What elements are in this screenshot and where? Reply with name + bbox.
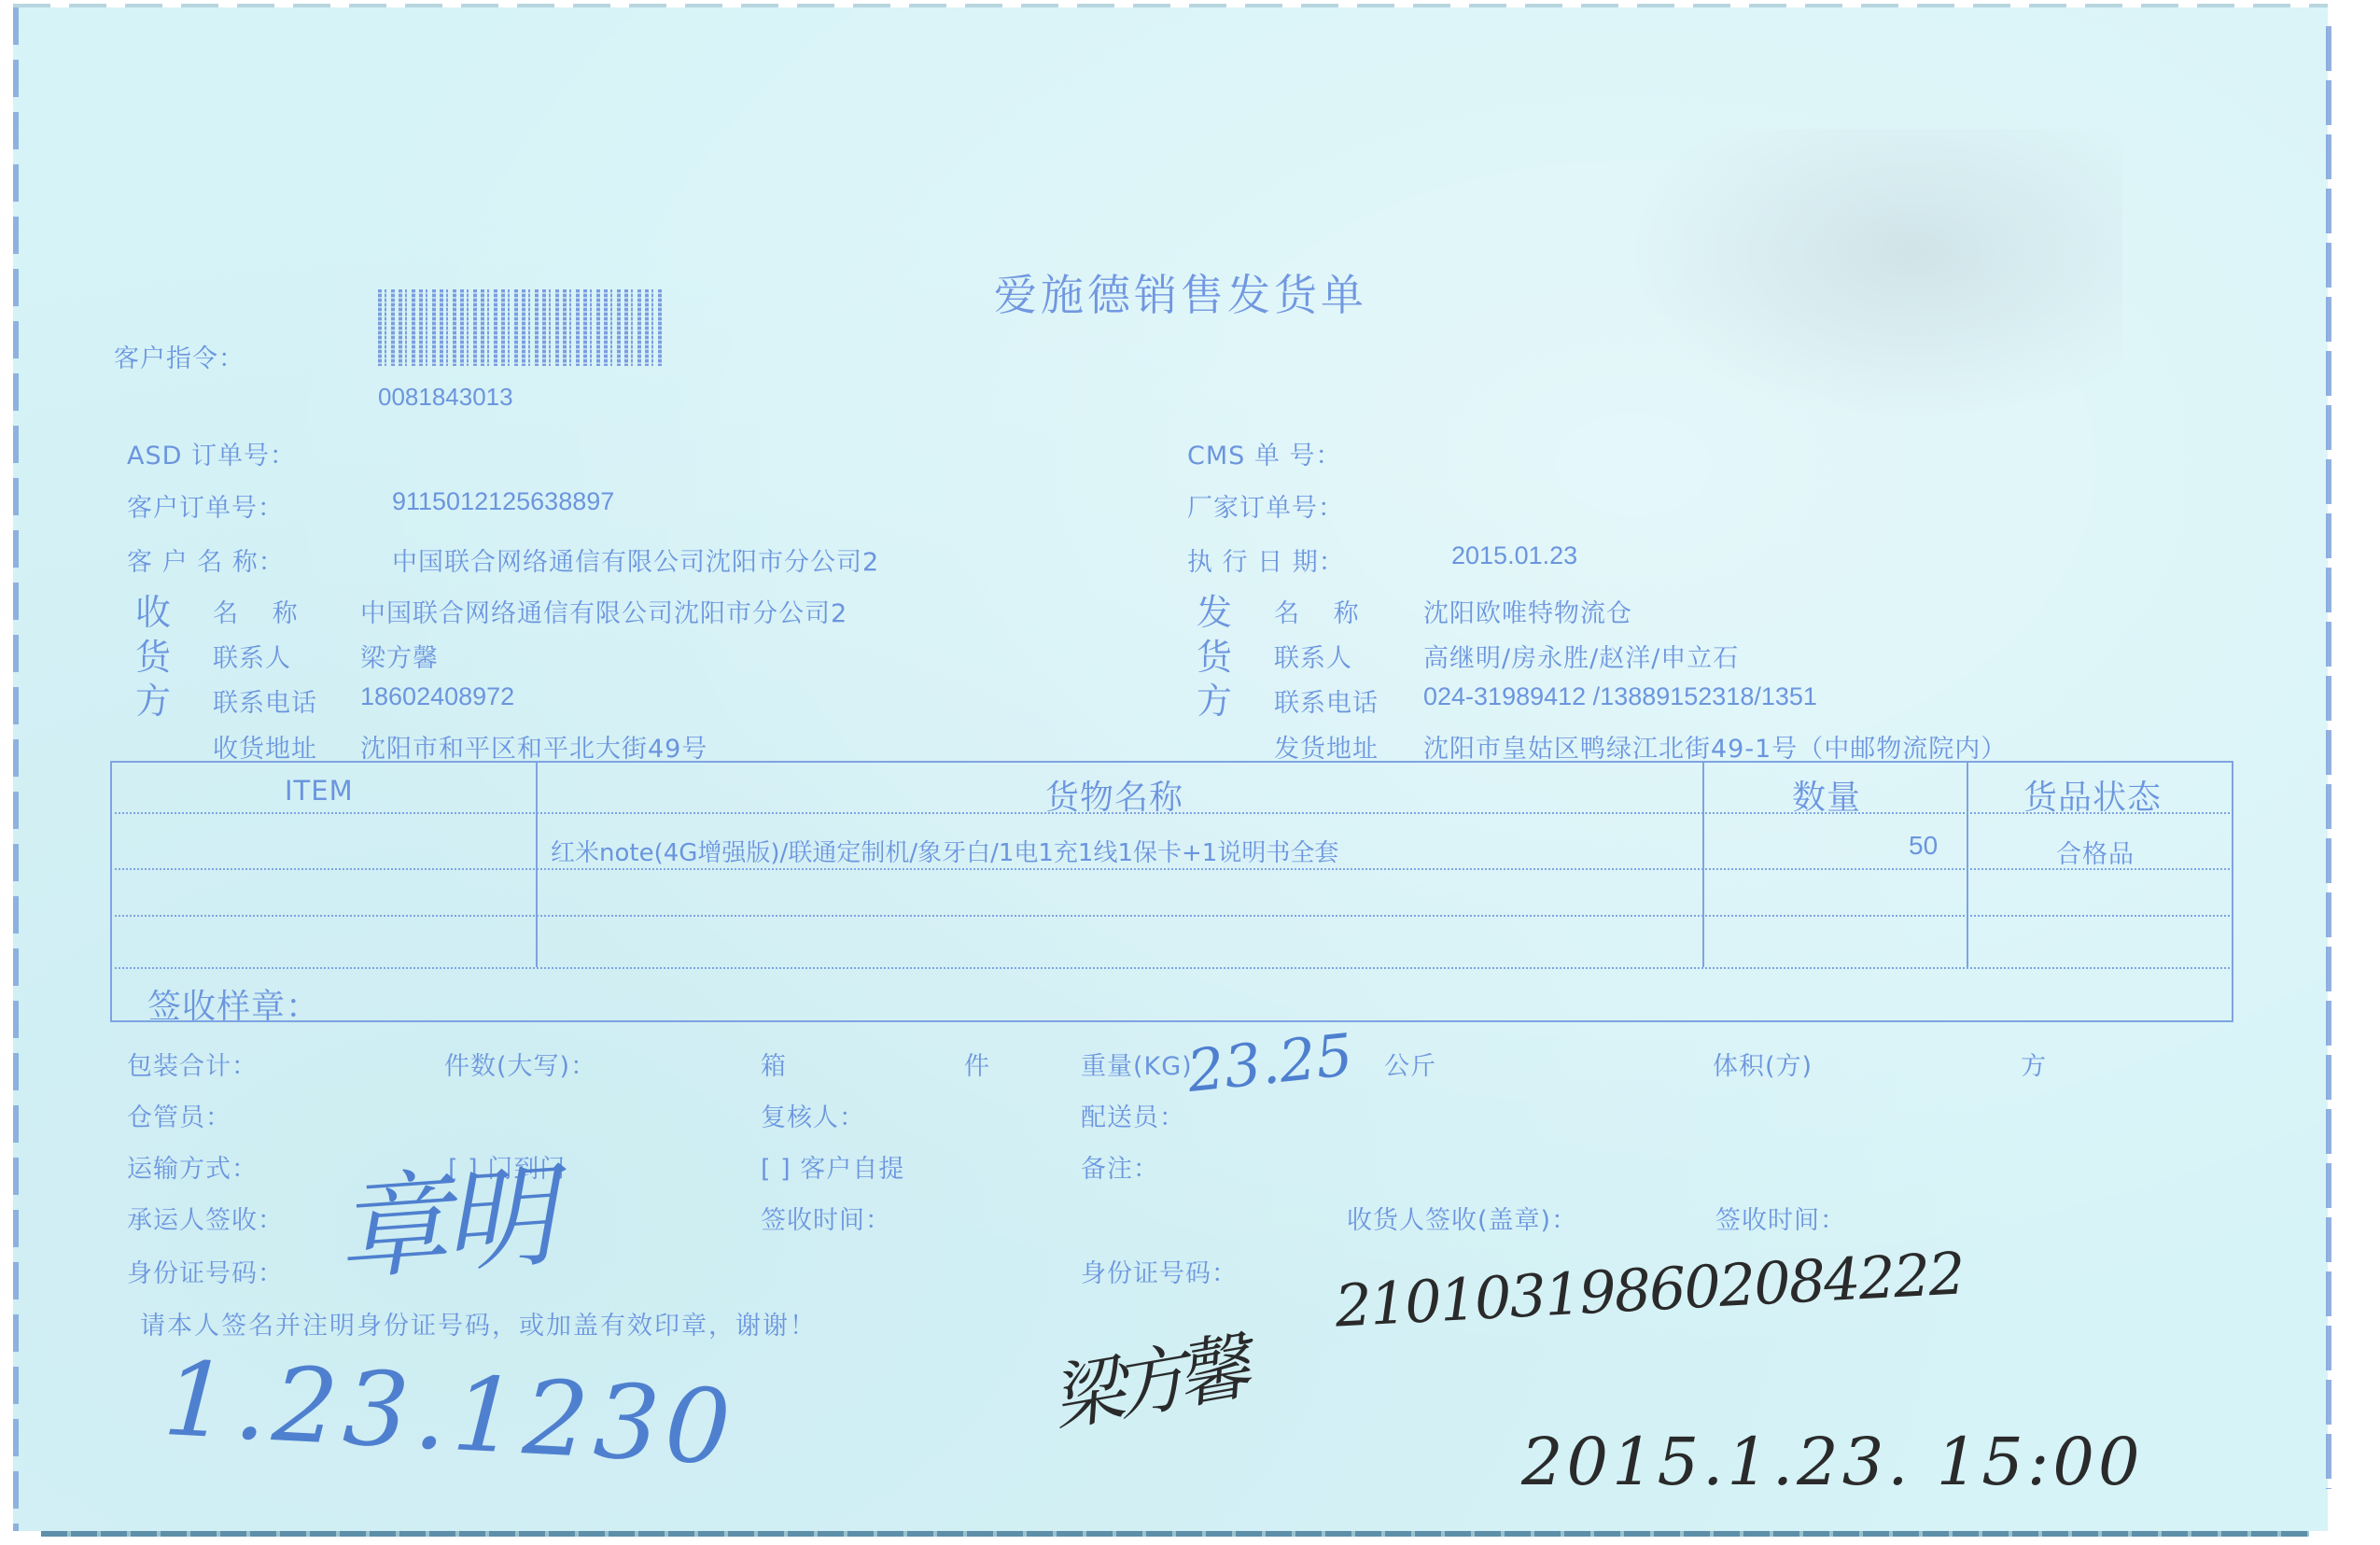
cms-label: CMS 单 号： [1187,435,1341,471]
barcode-number: 0081843013 [378,383,513,412]
table-header-item: ITEM [285,775,354,807]
signature-sample-label: 签收样章： [147,980,320,1028]
transport-method-label: 运输方式： [127,1148,258,1185]
table-col-divider [536,761,538,967]
exec-date-label: 执 行 日 期： [1187,541,1345,578]
receiver-side-char-3: 方 [135,672,172,723]
weight-label: 重量(KG) [1081,1046,1193,1082]
table-col-divider [1967,761,1968,967]
factory-order-label: 厂家订单号： [1187,487,1344,524]
row-quantity: 50 [1909,831,1938,861]
receiver-name-label: 名 称 [213,593,311,629]
receiver-address-label: 收货地址 [213,728,317,765]
customer-instruction-label: 客户指令： [114,338,245,374]
volume-label: 体积(方) [1713,1046,1813,1082]
receiver-contact-value: 梁方馨 [360,638,439,674]
shipper-name-label: 名 称 [1274,593,1372,629]
shipper-side-char-1: 发 [1197,583,1233,635]
perforation-top [13,4,2328,7]
shipper-name-value: 沈阳欧唯特物流仓 [1423,593,1632,629]
receiver-address-value: 沈阳市和平区和平北大街49号 [360,728,707,765]
signature-instruction: 请本人签名并注明身份证号码，或加盖有效印章，谢谢！ [140,1305,817,1341]
exec-date-value: 2015.01.23 [1451,541,1577,570]
receiver-side-char-1: 收 [135,583,172,635]
package-total-label: 包装合计： [127,1046,258,1082]
table-header-quantity: 数量 [1792,771,1861,819]
row-status: 合格品 [2056,834,2135,870]
box-unit-label: 箱 [761,1046,787,1082]
carrier-sign-time-label: 签收时间： [761,1200,891,1236]
receiver-sign-label: 收货人签收(盖章)： [1347,1200,1577,1236]
piece-unit-label: 件 [964,1046,990,1082]
perforation-bottom [41,1531,2309,1537]
pieces-label: 件数(大写)： [444,1046,596,1082]
shipper-phone-label: 联系电话 [1274,682,1379,719]
row-goods-name: 红米note(4G增强版)/联通定制机/象牙白/1电1充1线1保卡+1说明书全套 [551,834,1338,868]
asd-order-label: ASD 订单号： [127,435,296,471]
carrier-sign-label: 承运人签收： [127,1200,284,1236]
customer-name-value: 中国联合网络通信有限公司沈阳市分公司2 [392,541,879,578]
id-number-label-left: 身份证号码： [127,1253,284,1289]
receiver-phone-value: 18602408972 [360,682,514,711]
shipper-address-label: 发货地址 [1274,728,1379,765]
stamp-smudge [1600,129,2122,437]
shipper-address-value: 沈阳市皇姑区鸭绿江北街49-1号（中邮物流院内） [1423,728,2007,765]
shipper-contact-label: 联系人 [1274,638,1352,674]
weight-unit: 公斤 [1384,1046,1436,1082]
warehouse-keeper-label: 仓管员： [127,1097,231,1133]
table-header-status: 货品状态 [2023,771,2162,819]
customer-order-value: 9115012125638897 [392,487,614,516]
reviewer-label: 复核人： [761,1097,865,1133]
shipper-phone-value: 024-31989412 /13889152318/1351 [1423,682,1817,711]
receiver-phone-label: 联系电话 [213,682,317,719]
shipper-side-char-3: 方 [1197,672,1233,723]
table-col-divider [1702,761,1704,967]
table-header-goods-name: 货物名称 [1045,771,1183,819]
option-customer-pickup[interactable]: [ ] 客户自提 [761,1148,904,1185]
table-divider [110,868,2233,870]
receiver-contact-label: 联系人 [213,638,291,674]
shipper-contact-value: 高继明/房永胜/赵洋/申立石 [1423,638,1739,674]
receiver-name-value: 中国联合网络通信有限公司沈阳市分公司2 [360,593,847,629]
document-title: 爱施德销售发货单 [994,261,1367,323]
barcode-icon [378,289,663,366]
receiver-time-handwritten: 2015.1.23. 15:00 [1521,1424,2144,1500]
remark-label: 备注： [1081,1148,1159,1185]
customer-order-label: 客户订单号： [127,487,284,524]
id-number-label-right: 身份证号码： [1081,1253,1238,1289]
carrier-signature-handwritten: 章明 [330,1127,553,1301]
deliverer-label: 配送员： [1081,1097,1185,1133]
receiver-sign-time-label: 签收时间： [1715,1200,1846,1236]
perforation-right [2326,26,2331,1489]
perforation-left [13,7,19,1531]
table-divider [110,967,2233,969]
volume-unit: 方 [2021,1046,2047,1082]
customer-name-label: 客 户 名 称： [127,541,285,578]
table-divider [110,915,2233,917]
